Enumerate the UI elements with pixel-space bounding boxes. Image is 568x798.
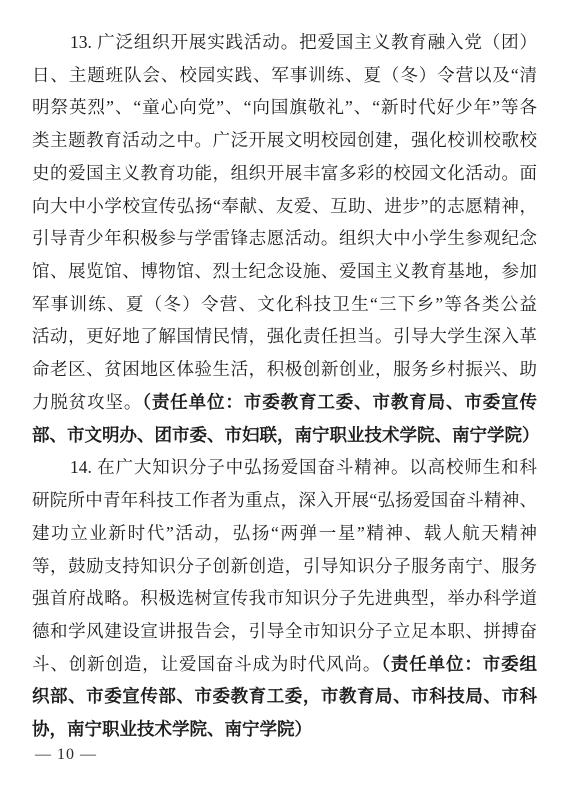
body-text: 力脱贫攻坚。 (32, 392, 142, 412)
body-text: 等，鼓励支持知识分子创新创造，引导知识分子服务南宁、服务 (32, 556, 537, 576)
text-line: 等，鼓励支持知识分子创新创造，引导知识分子服务南宁、服务 (32, 550, 537, 583)
text-line: 馆、展览馆、博物馆、烈士纪念设施、爱国主义教育基地，参加 (32, 255, 537, 288)
text-line: 织部、市委宣传部、市委教育工委，市教育局、市科技局、市科 (32, 680, 537, 713)
text-line: 部、市文明办、团市委、市妇联，南宁职业技术学院、南宁学院） (32, 419, 537, 452)
text-line: 活动，更好地了解国情民情，强化责任担当。引导大学生深入革 (32, 320, 537, 353)
text-line: 研院所中青年科技工作者为重点，深入开展“弘扬爱国奋斗精神、 (32, 484, 537, 517)
text-line: 斗、创新创造，让爱国奋斗成为时代风尚。（责任单位：市委组 (32, 648, 537, 681)
paragraph-item-14: 14. 在广大知识分子中弘扬爱国奋斗精神。以高校师生和科研院所中青年科技工作者为… (32, 451, 537, 745)
text-line: 军事训练、夏（冬）令营、文化科技卫生“三下乡”等各类公益 (32, 288, 537, 321)
body-text: 活动，更好地了解国情民情，强化责任担当。引导大学生深入革 (32, 326, 537, 346)
body-text: 研院所中青年科技工作者为重点，深入开展“弘扬爱国奋斗精神、 (32, 490, 537, 510)
text-line: 命老区、贫困地区体验生活，积极创新创业，服务乡村振兴、助 (32, 353, 537, 386)
body-text: 日、主题班队会、校园实践、军事训练、夏（冬）令营以及“清 (32, 65, 537, 85)
responsible-unit-text: （责任单位：市委教育工委、市教育局、市委宣传 (142, 392, 537, 412)
text-line: 13. 广泛组织开展实践活动。把爱国主义教育融入党（团） (32, 26, 537, 59)
text-line: 强首府战略。积极选树宣传我市知识分子先进典型，举办科学道 (32, 582, 537, 615)
text-line: 协，南宁职业技术学院、南宁学院） (32, 713, 537, 746)
document-page: 13. 广泛组织开展实践活动。把爱国主义教育融入党（团）日、主题班队会、校园实践… (0, 0, 568, 798)
text-line: 向大中小学校宣传弘扬“奉献、友爱、互助、进步”的志愿精神， (32, 190, 537, 223)
body-text: 军事训练、夏（冬）令营、文化科技卫生“三下乡”等各类公益 (32, 294, 537, 314)
responsible-unit-text: 部、市文明办、团市委、市妇联，南宁职业技术学院、南宁学院） (32, 425, 537, 445)
text-line: 类主题教育活动之中。广泛开展文明校园创建，强化校训校歌校 (32, 124, 537, 157)
body-text: 德和学风建设宣讲报告会，引导全市知识分子立足本职、拼搏奋 (32, 621, 537, 641)
body-text: 建功立业新时代”活动，弘扬“两弹一星”精神、载人航天精神 (32, 523, 537, 543)
responsible-unit-text: （责任单位：市委组 (381, 654, 537, 674)
text-line: 明祭英烈”、“童心向党”、“向国旗敬礼”、“新时代好少年”等各 (32, 91, 537, 124)
text-line: 史的爱国主义教育功能，组织开展丰富多彩的校园文化活动。面 (32, 157, 537, 190)
text-line: 建功立业新时代”活动，弘扬“两弹一星”精神、载人航天精神 (32, 517, 537, 550)
body-text: 史的爱国主义教育功能，组织开展丰富多彩的校园文化活动。面 (32, 163, 537, 183)
text-line: 力脱贫攻坚。（责任单位：市委教育工委、市教育局、市委宣传 (32, 386, 537, 419)
responsible-unit-text: 协，南宁职业技术学院、南宁学院） (32, 719, 312, 739)
body-text: 斗、创新创造，让爱国奋斗成为时代风尚。 (32, 654, 381, 674)
body-text: 14. 在广大知识分子中弘扬爱国奋斗精神。以高校师生和科 (70, 457, 537, 477)
text-line: 德和学风建设宣讲报告会，引导全市知识分子立足本职、拼搏奋 (32, 615, 537, 648)
body-text: 13. 广泛组织开展实践活动。把爱国主义教育融入党（团） (70, 32, 537, 52)
responsible-unit-text: 织部、市委宣传部、市委教育工委，市教育局、市科技局、市科 (32, 686, 537, 706)
body-text: 引导青少年积极参与学雷锋志愿活动。组织大中小学生参观纪念 (32, 228, 537, 248)
body-text: 类主题教育活动之中。广泛开展文明校园创建，强化校训校歌校 (32, 130, 537, 150)
text-line: 14. 在广大知识分子中弘扬爱国奋斗精神。以高校师生和科 (32, 451, 537, 484)
page-number: — 10 — (35, 744, 97, 766)
body-text: 强首府战略。积极选树宣传我市知识分子先进典型，举办科学道 (32, 588, 537, 608)
text-line: 引导青少年积极参与学雷锋志愿活动。组织大中小学生参观纪念 (32, 222, 537, 255)
paragraph-item-13: 13. 广泛组织开展实践活动。把爱国主义教育融入党（团）日、主题班队会、校园实践… (32, 26, 537, 451)
body-text: 向大中小学校宣传弘扬“奉献、友爱、互助、进步”的志愿精神， (32, 196, 537, 216)
body-text: 命老区、贫困地区体验生活，积极创新创业，服务乡村振兴、助 (32, 359, 537, 379)
body-text: 明祭英烈”、“童心向党”、“向国旗敬礼”、“新时代好少年”等各 (32, 97, 537, 117)
text-line: 日、主题班队会、校园实践、军事训练、夏（冬）令营以及“清 (32, 59, 537, 92)
body-text: 馆、展览馆、博物馆、烈士纪念设施、爱国主义教育基地，参加 (32, 261, 537, 281)
document-body: 13. 广泛组织开展实践活动。把爱国主义教育融入党（团）日、主题班队会、校园实践… (32, 26, 537, 746)
